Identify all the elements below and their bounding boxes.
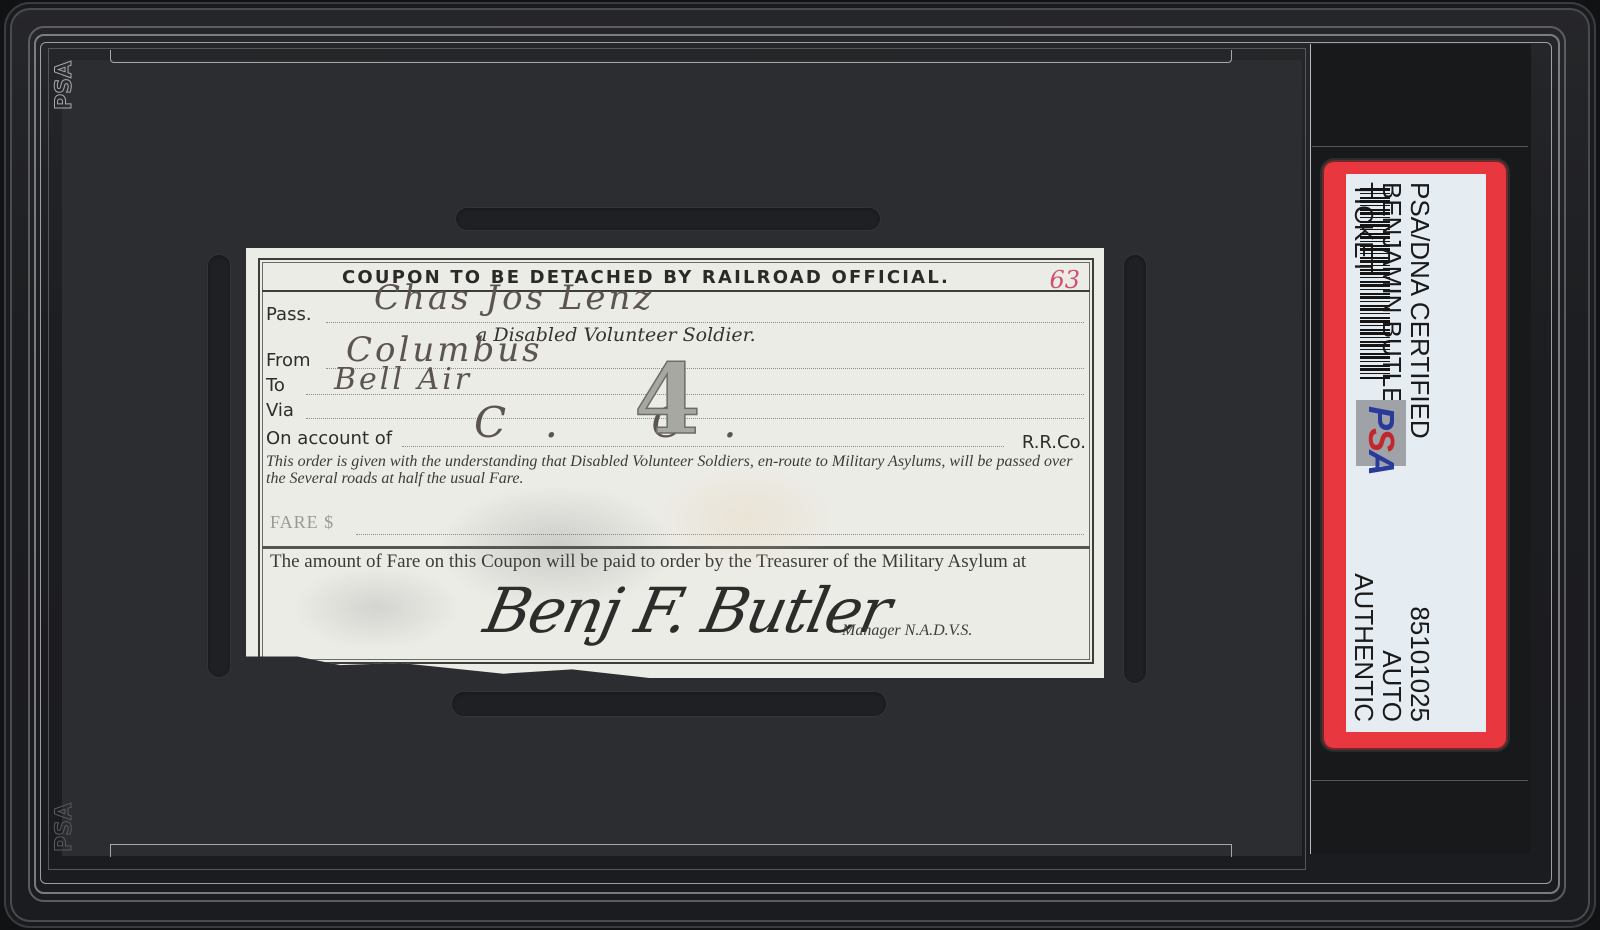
label-bay-line-top [1312,146,1528,147]
label-cert-number: 85101025 [1406,606,1434,722]
barcode-icon [1360,188,1390,380]
serial-number: 63 [1049,266,1080,294]
stamp-number-4: 4 [634,352,701,448]
from-label: From [266,350,311,371]
label-certification: PSA/DNA CERTIFIED [1406,182,1434,439]
account-label: On account of [266,428,392,449]
ticket-divider [262,546,1090,549]
psa-logo-icon: PSA [1356,400,1406,466]
fine-print: This order is given with the understandi… [266,453,1086,487]
pass-handwritten-name: Chas Jos Lenz [374,278,654,318]
pass-label: Pass. [266,304,312,325]
holder-slot-top [456,208,880,230]
psa-certification-label: TICKET BENJAMIN BUTLER PSA/DNA CERTIFIED… [1324,162,1506,748]
psa-emboss-icon: PSA [52,66,78,110]
treasurer-text: The amount of Fare on this Coupon will b… [270,552,1090,572]
psa-emboss-icon-bottom: PSA [52,808,78,852]
butler-signature: Benj F. Butler [478,574,896,647]
label-grade-authentic: AUTHENTIC [1350,573,1378,722]
holder-slot-right [1124,255,1146,683]
holder-slot-left [208,255,230,677]
via-label: Via [266,400,294,421]
pass-dotted-line [326,322,1084,323]
manager-title: Manager N.A.D.V.S. [842,622,972,640]
mat-top-lip [110,50,1232,63]
account-handwritten: C. O. [474,398,777,447]
psa-label-rotated-content: TICKET BENJAMIN BUTLER PSA/DNA CERTIFIED… [1346,174,1486,732]
psa-label-face: TICKET BENJAMIN BUTLER PSA/DNA CERTIFIED… [1346,174,1486,732]
to-label: To [266,375,285,396]
label-grade-auto: AUTO [1378,650,1406,722]
fare-label: FARE $ [270,512,334,533]
holder-slot-bottom [452,692,886,716]
to-handwritten: Bell Air [334,362,472,397]
railroad-ticket: COUPON TO BE DETACHED BY RAILROAD OFFICI… [246,248,1104,678]
fare-dotted-line [356,534,1084,535]
rrco-label: R.R.Co. [1022,432,1086,453]
mat-bottom-lip [110,844,1232,857]
label-bay-line-bottom [1312,780,1528,781]
